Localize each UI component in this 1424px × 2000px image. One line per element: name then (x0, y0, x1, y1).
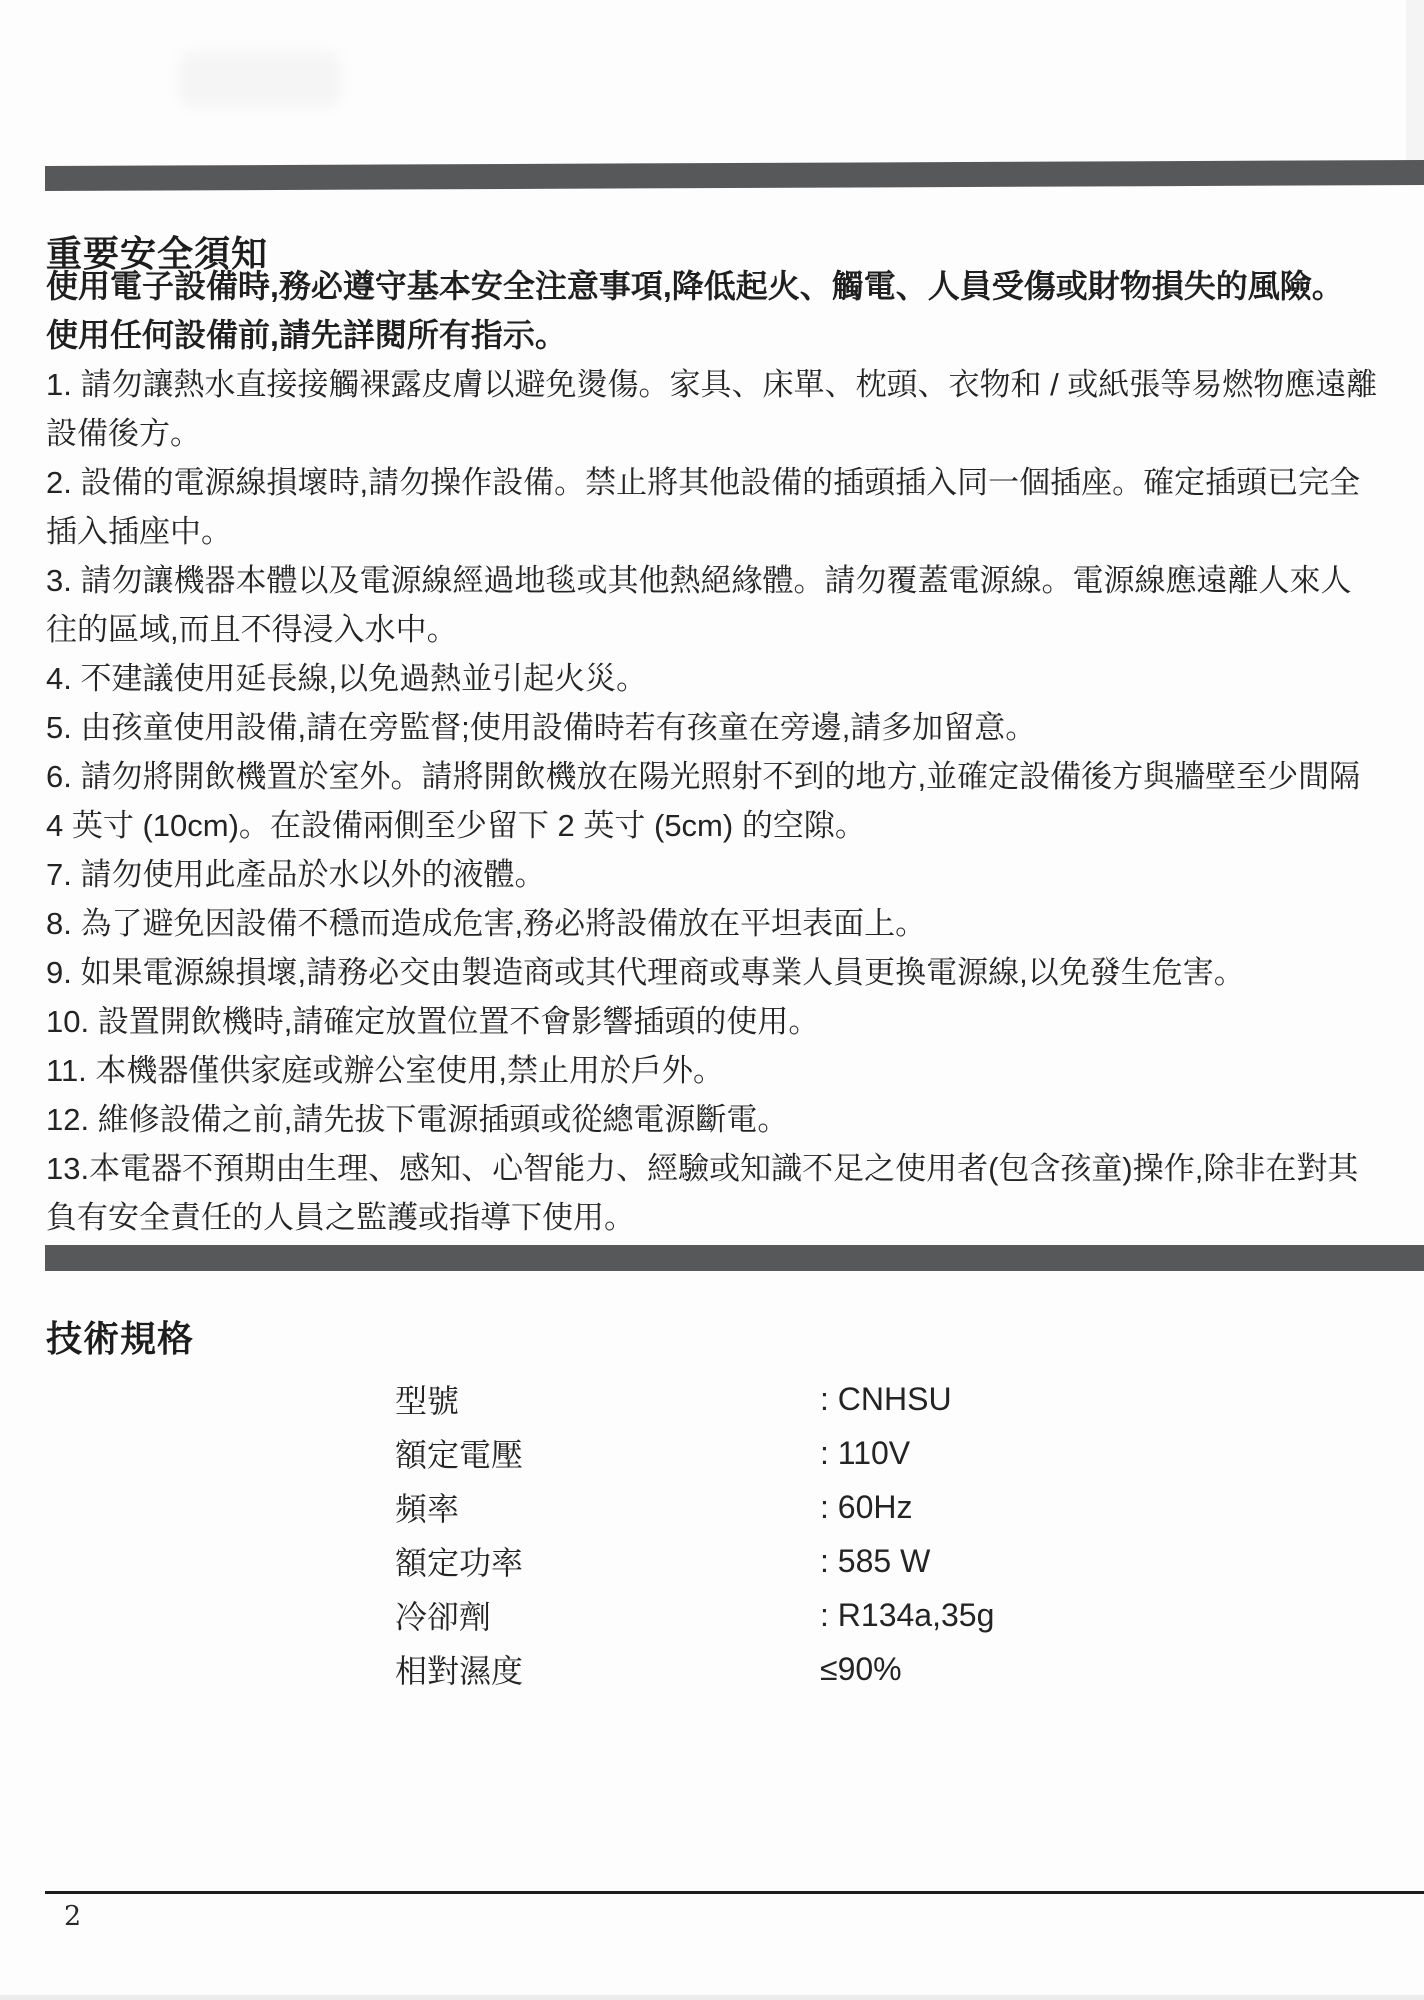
safety-instruction-item: 12. 維修設備之前,請先拔下電源插頭或從總電源斷電。 (46, 1095, 1382, 1144)
spec-row: 型號 : CNHSU (395, 1372, 1155, 1426)
scan-edge-artifact (0, 1995, 1424, 2000)
spec-row: 頻率 : 60Hz (395, 1480, 1155, 1534)
spec-row: 額定功率 : 585 W (395, 1534, 1155, 1588)
spec-value: : 110V (820, 1435, 1155, 1472)
spec-label: 額定功率 (395, 1538, 820, 1584)
safety-instruction-item: 2. 設備的電源線損壞時,請勿操作設備。禁止將其他設備的插頭插入同一個插座。確定… (46, 458, 1382, 556)
safety-intro: 使用電子設備時,務必遵守基本安全注意事項,降低起火、觸電、人員受傷或財物損失的風… (46, 262, 1382, 360)
spec-row: 相對濕度 ≤90% (395, 1642, 1155, 1696)
spec-value: : CNHSU (820, 1381, 1155, 1418)
safety-instruction-list: 1. 請勿讓熱水直接接觸裸露皮膚以避免燙傷。家具、床單、枕頭、衣物和 / 或紙張… (46, 360, 1382, 1242)
safety-instruction-item: 9. 如果電源線損壞,請務必交由製造商或其代理商或專業人員更換電源線,以免發生危… (46, 948, 1382, 997)
spec-label: 相對濕度 (395, 1646, 820, 1692)
safety-instruction-item: 6. 請勿將開飲機置於室外。請將開飲機放在陽光照射不到的地方,並確定設備後方與牆… (46, 752, 1382, 850)
spec-label: 型號 (395, 1376, 820, 1422)
footer-rule (45, 1891, 1424, 1894)
safety-intro-line: 使用電子設備時,務必遵守基本安全注意事項,降低起火、觸電、人員受傷或財物損失的風… (46, 262, 1382, 311)
spec-value: : 585 W (820, 1543, 1155, 1580)
spec-value: : 60Hz (820, 1489, 1155, 1526)
safety-instruction-item: 4. 不建議使用延長線,以免過熱並引起火災。 (46, 654, 1382, 703)
safety-instruction-item: 11. 本機器僅供家庭或辦公室使用,禁止用於戶外。 (46, 1046, 1382, 1095)
section-divider-bar (45, 160, 1424, 191)
scan-edge-artifact (1406, 0, 1424, 170)
specs-section-title: 技術規格 (46, 1311, 194, 1362)
spec-label: 冷卻劑 (395, 1592, 820, 1638)
safety-instruction-item: 3. 請勿讓機器本體以及電源線經過地毯或其他熱絕緣體。請勿覆蓋電源線。電源線應遠… (46, 556, 1382, 654)
safety-instruction-item: 1. 請勿讓熱水直接接觸裸露皮膚以避免燙傷。家具、床單、枕頭、衣物和 / 或紙張… (46, 360, 1382, 458)
safety-instruction-item: 10. 設置開飲機時,請確定放置位置不會影響插頭的使用。 (46, 997, 1382, 1046)
spec-row: 冷卻劑 : R134a,35g (395, 1588, 1155, 1642)
safety-instruction-item: 13.本電器不預期由生理、感知、心智能力、經驗或知識不足之使用者(包含孩童)操作… (46, 1144, 1382, 1242)
safety-instruction-item: 8. 為了避免因設備不穩而造成危害,務必將設備放在平坦表面上。 (46, 899, 1382, 948)
spec-table: 型號 : CNHSU 額定電壓 : 110V 頻率 : 60Hz 額定功率 : … (395, 1372, 1155, 1696)
section-divider-bar (45, 1245, 1424, 1271)
spec-label: 額定電壓 (395, 1430, 820, 1476)
safety-intro-line: 使用任何設備前,請先詳閱所有指示。 (46, 311, 1382, 360)
spec-value: : R134a,35g (820, 1597, 1155, 1634)
scan-smudge (180, 52, 340, 107)
spec-row: 額定電壓 : 110V (395, 1426, 1155, 1480)
safety-instruction-item: 5. 由孩童使用設備,請在旁監督;使用設備時若有孩童在旁邊,請多加留意。 (46, 703, 1382, 752)
spec-value: ≤90% (820, 1651, 1155, 1688)
document-page: 重要安全須知 使用電子設備時,務必遵守基本安全注意事項,降低起火、觸電、人員受傷… (0, 0, 1424, 2000)
safety-instruction-item: 7. 請勿使用此產品於水以外的液體。 (46, 850, 1382, 899)
spec-label: 頻率 (395, 1484, 820, 1530)
page-number: 2 (64, 1901, 81, 1932)
